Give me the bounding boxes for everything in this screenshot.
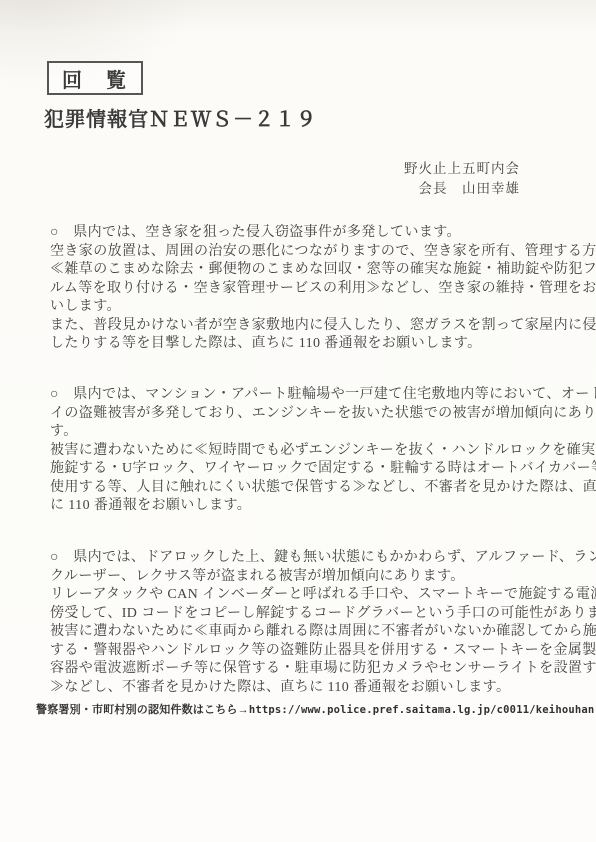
notice-line: イの盗難被害が多発しており、エンジンキーを抜いた状態での被害が増加傾向にありま bbox=[50, 405, 590, 424]
notice-section-car-theft: ○ 県内では、ドアロックした上、鍵も無い状態にもかかわらず、アルファード、ランド… bbox=[50, 549, 590, 697]
notice-section-motorcycle-theft: ○ 県内では、マンション・アパート駐輪場や一戸建て住宅敷地内等において、オートバ… bbox=[50, 386, 590, 516]
notice-line: ○ 県内では、マンション・アパート駐輪場や一戸建て住宅敷地内等において、オートバ bbox=[50, 386, 590, 405]
circulation-stamp: 回 覧 bbox=[47, 61, 143, 95]
circulation-stamp-label: 回 覧 bbox=[62, 64, 128, 93]
notice-line: 施錠する・U字ロック、ワイヤーロックで固定する・駐輪する時はオートバイカバー等を bbox=[50, 460, 590, 479]
notice-line: ○ 県内では、空き家を狙った侵入窃盗事件が多発しています。 bbox=[50, 224, 590, 243]
notice-line: ○ 県内では、ドアロックした上、鍵も無い状態にもかかわらず、アルファード、ランド bbox=[50, 549, 590, 568]
notice-line: する・警報器やハンドルロック等の盗難防止器具を併用する・スマートキーを金属製の bbox=[50, 642, 590, 661]
notice-line: 容器や電波遮断ポーチ等に保管する・駐車場に防犯カメラやセンサーライトを設置する bbox=[50, 660, 590, 679]
notice-line: いします。 bbox=[50, 298, 590, 317]
notice-section-vacant-houses: ○ 県内では、空き家を狙った侵入窃盗事件が多発しています。 空き家の放置は、周囲… bbox=[50, 224, 590, 354]
sender-organization: 野火止上五町内会 bbox=[404, 159, 520, 179]
scanned-document-page: 回 覧 犯罪情報官ＮＥＷＳ－２１９ 野火止上五町内会 会長 山田幸雄 ○ 県内で… bbox=[0, 0, 596, 842]
notice-line: クルーザー、レクサス等が盗まれる被害が増加傾向にあります。 bbox=[50, 568, 590, 587]
sender-representative: 会長 山田幸雄 bbox=[404, 179, 520, 199]
notice-line: 空き家の放置は、周囲の治安の悪化につながりますので、空き家を所有、管理する方は bbox=[50, 243, 590, 262]
footer-label: 警察署別・市町村別の認知件数はこちら→ bbox=[36, 704, 249, 716]
footer-url: https://www.police.pref.saitama.lg.jp/c0… bbox=[249, 704, 596, 716]
sender-block: 野火止上五町内会 会長 山田幸雄 bbox=[404, 159, 520, 199]
notice-line: リレーアタックや CAN インベーダーと呼ばれる手口や、スマートキーで施錠する電… bbox=[50, 586, 590, 605]
notice-line: す。 bbox=[50, 423, 590, 442]
notice-line: ルム等を取り付ける・空き家管理サービスの利用≫などし、空き家の維持・管理をお願 bbox=[50, 280, 590, 299]
notice-line: 傍受して、ID コードをコピーし解錠するコードグラバーという手口の可能性がありま… bbox=[50, 605, 590, 624]
notice-line: に 110 番通報をお願いします。 bbox=[50, 497, 590, 516]
document-title: 犯罪情報官ＮＥＷＳ－２１９ bbox=[44, 103, 317, 132]
notice-line: 使用する等、人目に触れにくい状態で保管する≫などし、不審者を見かけた際は、直ち bbox=[50, 479, 590, 498]
notice-line: ≪雑草のこまめな除去・郵便物のこまめな回収・窓等の確実な施錠・補助錠や防犯フィ bbox=[50, 261, 590, 280]
notice-line: 被害に遭わないために≪車両から離れる際は周囲に不審者がいないか確認してから施錠 bbox=[50, 623, 590, 642]
notice-line: ≫などし、不審者を見かけた際は、直ちに 110 番通報をお願いします。 bbox=[50, 679, 590, 698]
notice-line: 被害に遭わないために≪短時間でも必ずエンジンキーを抜く・ハンドルロックを確実に bbox=[50, 442, 590, 461]
footer-note: 警察署別・市町村別の認知件数はこちら→https://www.police.pr… bbox=[36, 701, 596, 717]
notice-line: また、普段見かけない者が空き家敷地内に侵入したり、窓ガラスを割って家屋内に侵入 bbox=[50, 317, 590, 336]
notice-line: したりする等を目撃した際は、直ちに 110 番通報をお願いします。 bbox=[50, 335, 590, 354]
